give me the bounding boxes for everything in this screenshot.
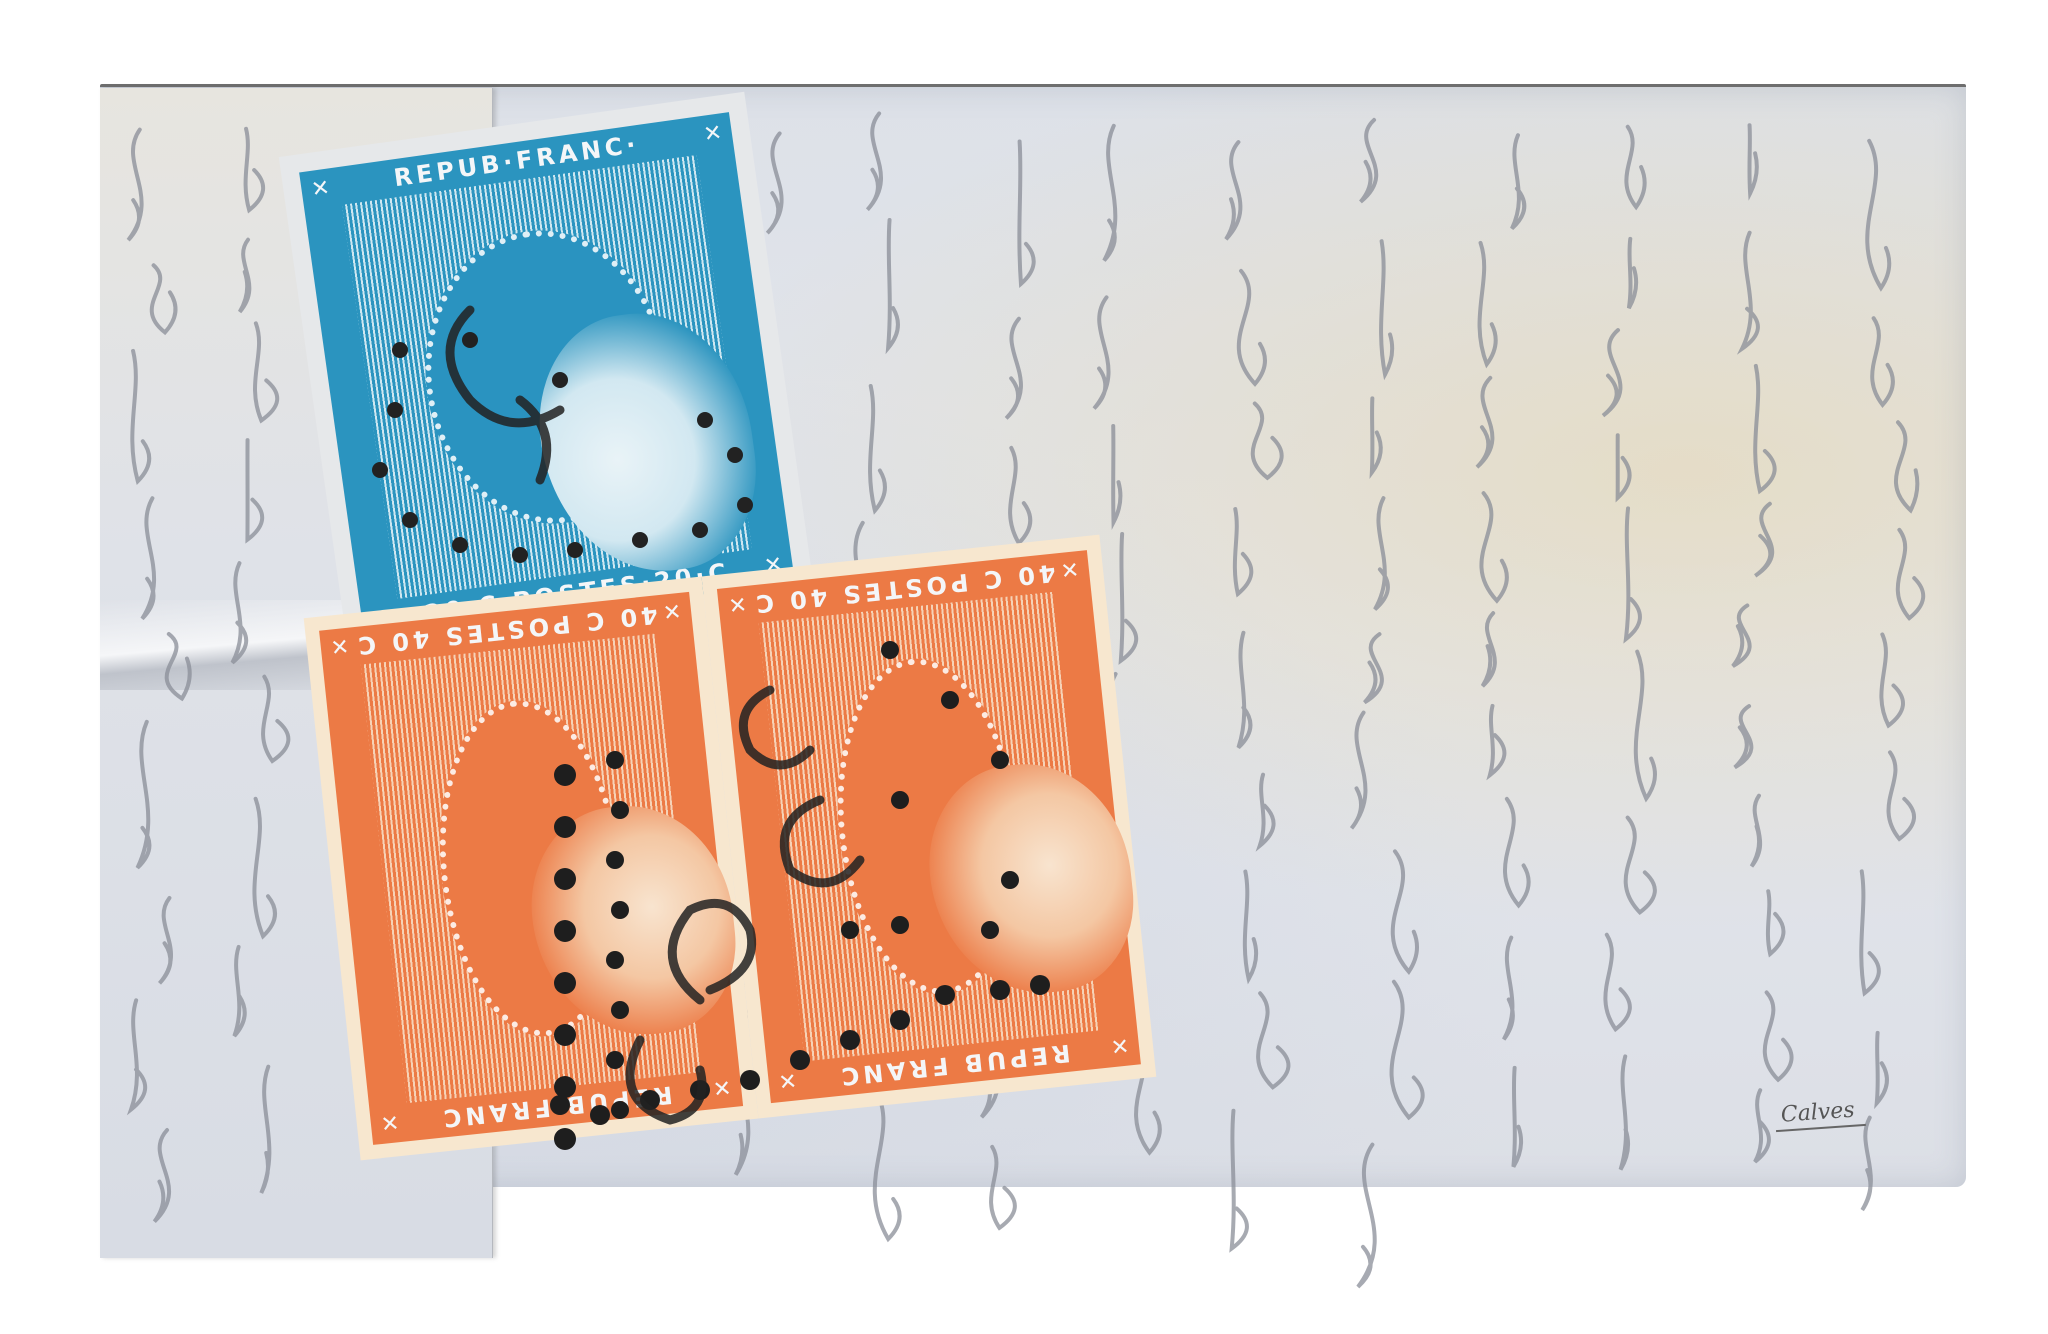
corner-cross-icon: ✕	[369, 1103, 411, 1145]
corner-cross-icon: ✕	[299, 167, 342, 210]
stamp-40c-left: 40 C POSTES 40 C REPUB FRANC ✕ ✕ ✕ ✕	[304, 576, 759, 1160]
corner-cross-icon: ✕	[651, 592, 693, 634]
corner-cross-icon: ✕	[717, 585, 759, 627]
corner-cross-icon: ✕	[701, 1068, 743, 1110]
stamp-pair-40c-orange: 40 C POSTES 40 C REPUB FRANC ✕ ✕ ✕ ✕ 40 …	[304, 535, 1157, 1161]
ceres-head-icon	[919, 754, 1142, 1004]
corner-cross-icon: ✕	[1049, 550, 1091, 592]
stamp-background-lines	[342, 155, 752, 599]
ceres-medallion	[407, 215, 688, 540]
corner-cross-icon: ✕	[691, 112, 734, 155]
corner-cross-icon: ✕	[1099, 1026, 1141, 1068]
ceres-head-icon	[522, 796, 745, 1046]
stamp-background-lines	[361, 634, 701, 1104]
corner-cross-icon: ✕	[319, 627, 361, 669]
stamp-frame: 40 C POSTES 40 C REPUB FRANC ✕ ✕ ✕ ✕	[319, 592, 743, 1145]
ceres-head-icon	[525, 299, 769, 586]
ceres-medallion	[424, 691, 638, 1045]
corner-cross-icon: ✕	[767, 1061, 809, 1103]
stamp-frame: 40 C POSTES 40 C REPUB FRANC ✕ ✕ ✕ ✕	[717, 550, 1141, 1103]
stamp-frame: REPUB·FRANC· 20·C·POSTES·20·C ✕ ✕ ✕ ✕	[299, 112, 795, 642]
ceres-medallion	[822, 650, 1036, 1004]
stamp-40c-right: 40 C POSTES 40 C REPUB FRANC ✕ ✕ ✕ ✕	[702, 535, 1157, 1119]
stamp-background-lines	[759, 592, 1099, 1062]
